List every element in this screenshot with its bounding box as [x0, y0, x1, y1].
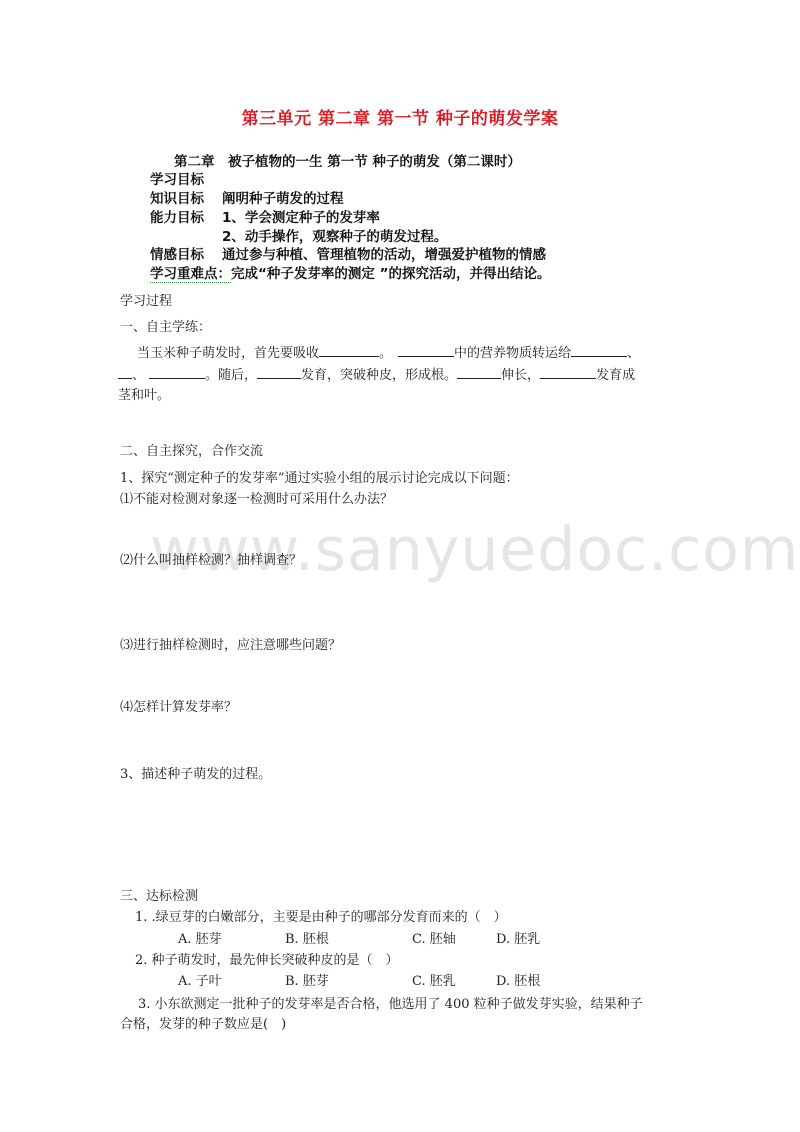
- ability-objective-label: 能力目标: [150, 206, 204, 226]
- option-1c: C. 胚轴: [412, 928, 456, 947]
- blank-8[interactable]: [540, 366, 596, 379]
- blank-2[interactable]: [398, 344, 454, 357]
- option-2a: A. 子叶: [178, 970, 222, 989]
- knowledge-objective-label: 知识目标: [150, 187, 204, 207]
- objectives-heading: 学习目标: [150, 168, 204, 188]
- question-1-3: ⑶进行抽样检测时，应注意哪些问题？: [120, 634, 341, 653]
- section1-heading: 一、自主学练：: [120, 316, 211, 335]
- fill-text: 当玉米种子萌发时，首先要吸收: [137, 346, 319, 361]
- fill-text: 。: [379, 346, 392, 361]
- document-title: 第三单元 第二章 第一节 种子的萌发学案: [0, 104, 800, 129]
- fill-line-3: 茎和叶。: [118, 384, 170, 403]
- question-1-4: ⑷怎样计算发芽率？: [120, 696, 237, 715]
- test-question-3-line2: 合格，发芽的种子数应是( ): [120, 1013, 286, 1032]
- key-points-text: 完成“种子发芽率的测定 ”的探究活动，并得出结论。: [231, 266, 550, 282]
- fill-text: 、: [132, 368, 145, 383]
- test-question-3-line1: 3. 小东欲测定一批种子的发芽率是否合格，他选用了 400 粒种子做发芽实验，结…: [138, 993, 643, 1012]
- fill-text: 、: [627, 346, 640, 361]
- blank-5[interactable]: [149, 366, 205, 379]
- fill-text: 发育，突破种皮，形成根。: [301, 368, 457, 383]
- knowledge-objective-text: 阐明种子萌发的过程: [222, 187, 344, 207]
- blank-3[interactable]: [571, 344, 627, 357]
- blank-6[interactable]: [257, 366, 301, 379]
- question-1-1: ⑴不能对检测对象逐一检测时可采用什么办法？: [120, 488, 393, 507]
- ability-objective-1: 1、学会测定种子的发芽率: [222, 206, 380, 226]
- blank-4[interactable]: [118, 366, 132, 379]
- option-1d: D. 胚乳: [496, 928, 540, 947]
- option-2d: D. 胚根: [496, 970, 540, 989]
- section2-heading: 二、自主探究，合作交流: [120, 440, 263, 459]
- test-question-1: 1. .绿豆芽的白嫩部分，主要是由种子的哪部分发育而来的（ ）: [135, 906, 507, 925]
- process-heading: 学习过程: [120, 290, 172, 309]
- key-points-label: 学习重难点：: [150, 266, 231, 283]
- fill-text: 中的营养物质转运给: [454, 346, 571, 361]
- option-2b: B. 胚芽: [285, 970, 329, 989]
- question-1: 1、探究“测定种子的发芽率”通过实验小组的展示讨论完成以下问题：: [120, 467, 519, 486]
- section3-heading: 三、达标检测: [120, 885, 198, 904]
- test-question-2: 2. 种子萌发时，最先伸长突破种皮的是（ ）: [135, 949, 399, 968]
- fill-text: 伸长，: [501, 368, 540, 383]
- subtitle: 第二章 被子植物的一生 第一节 种子的萌发（第二课时）: [174, 150, 521, 170]
- fill-text: 发育成: [596, 368, 635, 383]
- option-1b: B. 胚根: [285, 928, 329, 947]
- fill-line-1: 当玉米种子萌发时，首先要吸收。中的营养物质转运给、: [137, 342, 640, 361]
- fill-text: 。随后，: [205, 368, 257, 383]
- fill-line-2: 、。随后，发育，突破种皮，形成根。伸长，发育成: [118, 364, 635, 383]
- blank-7[interactable]: [457, 366, 501, 379]
- option-1a: A. 胚芽: [178, 928, 222, 947]
- emotion-objective-text: 通过参与种植、管理植物的活动，增强爱护植物的情感: [222, 243, 546, 263]
- blank-1[interactable]: [319, 344, 379, 357]
- question-3: 3、描述种子萌发的过程。: [120, 763, 271, 782]
- option-2c: C. 胚乳: [412, 970, 456, 989]
- question-1-2: ⑵什么叫抽样检测？抽样调查？: [120, 549, 302, 568]
- emotion-objective-label: 情感目标: [150, 243, 204, 263]
- ability-objective-2: 2、动手操作，观察种子的萌发过程。: [222, 225, 447, 245]
